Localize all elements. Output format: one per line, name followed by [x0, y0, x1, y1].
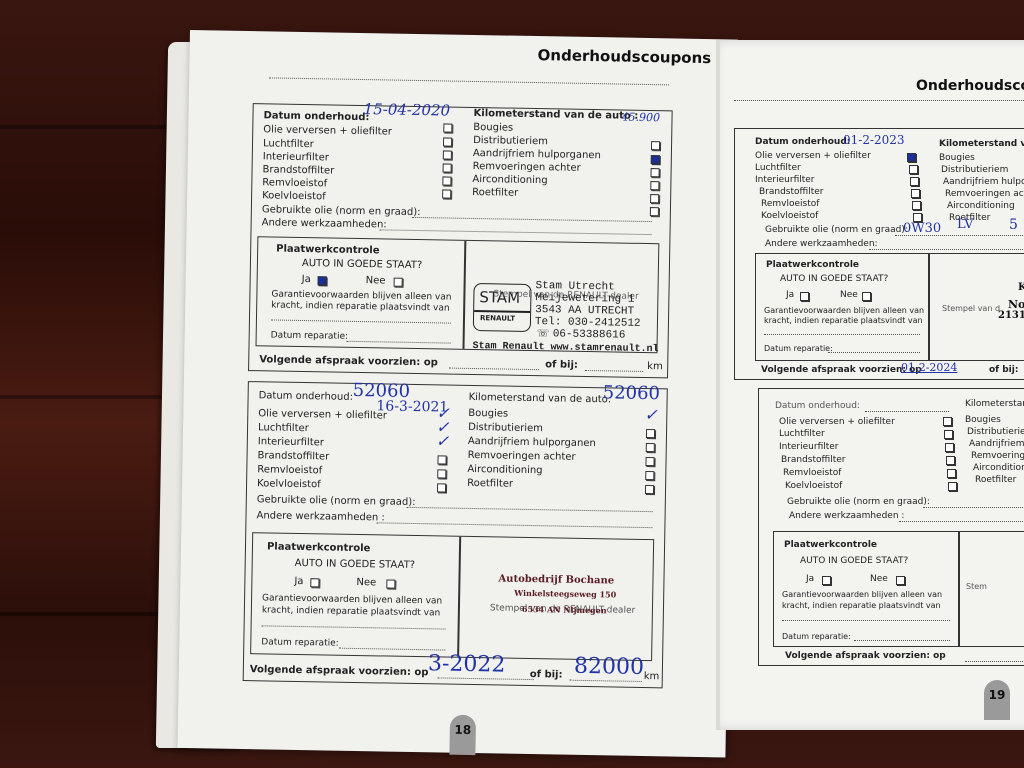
- item-label: Remvoeringen achter: [473, 161, 581, 174]
- item-label: Roetfilter: [472, 187, 518, 199]
- item-label: Distributieriem: [468, 422, 543, 434]
- body-check-question: AUTO IN GOEDE STAAT?: [295, 558, 416, 571]
- oil-label: Gebruikte olie (norm en graad):: [765, 225, 908, 235]
- km-label: Kilometerstand: [965, 399, 1024, 409]
- other-work-label: Andere werkzaamheden :: [256, 510, 384, 523]
- item-label: Luchtfilter: [263, 138, 314, 150]
- item-label: Luchtfilter: [779, 429, 825, 439]
- repair-date-label: Datum reparatie:: [261, 637, 339, 648]
- body-check-box: Plaatwerkcontrole AUTO IN GOEDE STAAT? J…: [250, 532, 654, 661]
- checkbox[interactable]: [645, 471, 654, 480]
- item-label: Bougies: [965, 415, 1001, 425]
- km-label: Kilometerstand van de auto :: [473, 108, 638, 122]
- item-label: Olie verversen + oliefilter: [263, 124, 392, 137]
- other-work-field[interactable]: [899, 521, 1024, 522]
- item-label: Koelvloeistof: [761, 211, 818, 221]
- no-checkbox[interactable]: [394, 278, 403, 287]
- checkbox[interactable]: [650, 181, 659, 190]
- body-check-question: AUTO IN GOEDE STAAT?: [800, 556, 908, 566]
- dealer-stamp-label: Stem: [966, 582, 987, 591]
- body-check-title: Plaatwerkcontrole: [766, 260, 859, 270]
- item-label: Distributieriem: [941, 165, 1008, 175]
- checkbox-checked[interactable]: [651, 155, 660, 164]
- date-label: Datum onderhoud:: [259, 390, 354, 403]
- checkbox[interactable]: [947, 469, 956, 478]
- checkbox[interactable]: [646, 443, 655, 452]
- warranty-text: kracht, indien reparatie plaatsvindt van: [271, 300, 450, 313]
- page-number: 18: [454, 723, 471, 737]
- no-label: Nee: [840, 290, 858, 300]
- date-label: Datum onderhoud:: [755, 137, 850, 147]
- date-value[interactable]: 01-2-2023: [843, 133, 905, 147]
- item-label: Bougies: [473, 122, 513, 134]
- item-label: Brandstoffilter: [759, 187, 824, 197]
- next-date-value[interactable]: 3-2022: [428, 651, 506, 677]
- no-checkbox[interactable]: [862, 292, 871, 301]
- yes-checkbox[interactable]: [310, 578, 319, 587]
- item-label: Aandrijfriem h: [969, 439, 1024, 449]
- checkbox[interactable]: [909, 165, 918, 174]
- item-label: Roetfilter: [975, 475, 1016, 485]
- item-label: Brandstoffilter: [262, 164, 334, 176]
- item-label: Remvoeringen achter: [945, 189, 1024, 199]
- oil-field[interactable]: [923, 507, 1024, 508]
- oil-label: Gebruikte olie (norm en graad):: [257, 494, 416, 508]
- checkbox[interactable]: [437, 455, 446, 464]
- yes-checkbox[interactable]: [822, 576, 831, 585]
- checkbox[interactable]: [645, 485, 654, 494]
- item-label: Koelvloeistof: [785, 481, 842, 491]
- item-label: Aandrijfriem hulporganen: [473, 148, 601, 161]
- item-label: Luchtfilter: [755, 163, 801, 173]
- oil-extra-2[interactable]: 5: [1009, 217, 1018, 233]
- stamp-line: Autobedrijf Bochane: [498, 573, 614, 586]
- item-label: Interieurfilter: [779, 442, 839, 452]
- warranty-text: Garantievoorwaarden blijven alleen van: [262, 593, 442, 606]
- no-label: Nee: [366, 275, 386, 286]
- divider: [462, 241, 465, 349]
- repair-date-field[interactable]: [347, 341, 451, 344]
- oil-field[interactable]: [407, 507, 653, 512]
- item-label: Airconditioni: [973, 463, 1024, 473]
- other-work-field[interactable]: [869, 249, 1024, 250]
- warranty-field[interactable]: [782, 620, 950, 621]
- item-label: Luchtfilter: [258, 422, 309, 434]
- divider: [457, 537, 461, 657]
- item-label: Brandstoffilter: [257, 450, 329, 462]
- yes-label: Ja: [786, 290, 794, 300]
- next-date-field[interactable]: [449, 368, 539, 371]
- warranty-field[interactable]: [262, 625, 446, 629]
- km-value[interactable]: 52060: [603, 382, 661, 404]
- next-km-field[interactable]: [585, 370, 643, 372]
- item-label: Olie verversen + oliefilter: [779, 417, 895, 427]
- date-label: Datum onderhoud:: [263, 110, 369, 123]
- km-unit: km: [647, 361, 663, 372]
- checkbox[interactable]: [651, 168, 660, 177]
- page-number-tab: 19: [984, 680, 1010, 720]
- yes-label: Ja: [294, 576, 303, 587]
- item-label: Distributieriem: [967, 427, 1024, 437]
- item-label: Remvoeringen achter: [468, 450, 576, 463]
- no-checkbox[interactable]: [386, 580, 395, 589]
- checkbox[interactable]: [948, 482, 957, 491]
- checkbox[interactable]: [946, 456, 955, 465]
- next-km-value[interactable]: 82000: [574, 654, 644, 680]
- next-date-value[interactable]: 01-2-2024: [901, 361, 957, 374]
- next-date-field[interactable]: [965, 661, 1024, 662]
- checkbox[interactable]: [443, 150, 452, 159]
- title-rule: [269, 77, 669, 85]
- warranty-field[interactable]: [764, 334, 920, 335]
- divider: [928, 254, 930, 360]
- checkbox[interactable]: [650, 207, 659, 216]
- yes-checkbox-checked[interactable]: [318, 276, 327, 285]
- checkbox[interactable]: [443, 137, 452, 146]
- checkbox[interactable]: [645, 457, 654, 466]
- or-at-label: of bij:: [545, 359, 578, 371]
- next-km-field[interactable]: [570, 680, 642, 682]
- next-appointment-label: Volgende afspraak voorzien: op: [259, 354, 438, 368]
- stamp-line: 06-53388616: [553, 328, 626, 341]
- item-label: Remvloeistof: [761, 199, 819, 209]
- item-label: Distributieriem: [473, 135, 548, 147]
- km-label: Kilometerstand van de auto:: [469, 392, 612, 405]
- oil-value[interactable]: 0W30: [903, 221, 941, 236]
- coupon-4: Datum onderhoud: Kilometerstand Olie ver…: [758, 388, 1024, 666]
- checkbox[interactable]: [912, 201, 921, 210]
- date-label: Datum onderhoud:: [775, 401, 860, 411]
- repair-date-field[interactable]: [339, 648, 445, 651]
- body-check-box: Plaatwerkcontrole AUTO IN GOEDE STAAT? J…: [255, 236, 659, 353]
- warranty-field[interactable]: [271, 319, 451, 323]
- page-title: Onderhoudscoupons: [916, 78, 1024, 94]
- coupon-3: Datum onderhoud: 01-2-2023 Kilometerstan…: [734, 128, 1024, 380]
- body-check-title: Plaatwerkcontrole: [276, 244, 380, 257]
- item-label: Remvloeistof: [783, 468, 841, 478]
- repair-date-label: Datum reparatie:: [271, 330, 349, 341]
- warranty-text: kracht, indien reparatie plaatsvindt van: [764, 316, 923, 325]
- checkbox[interactable]: [437, 469, 446, 478]
- next-appointment-label: Volgende afspraak voorzien: op: [761, 365, 922, 375]
- next-appointment-label: Volgende afspraak voorzien: op: [785, 651, 946, 661]
- stamp-line: Tel: 030-2412512: [535, 316, 641, 330]
- item-label: Interieurfilter: [755, 175, 815, 185]
- other-work-field[interactable]: [376, 522, 652, 528]
- checkbox[interactable]: [442, 189, 451, 198]
- no-label: Nee: [356, 577, 376, 588]
- item-label: Olie verversen + oliefilter: [755, 151, 871, 161]
- checkbox[interactable]: [944, 430, 953, 439]
- other-work-label: Andere werkzaamheden:: [765, 239, 878, 249]
- item-label: Koelvloeistof: [257, 478, 321, 490]
- item-label: Airconditioning: [467, 464, 542, 476]
- stamp-line: 2131 A: [998, 310, 1024, 321]
- whatsapp-icon: ☏: [537, 328, 550, 340]
- item-label: Interieurfilter: [263, 151, 329, 163]
- coupon-1: Datum onderhoud: 15-04-2020 Kilometersta…: [248, 103, 673, 378]
- other-work-field[interactable]: [380, 229, 652, 235]
- warranty-text: kracht, indien reparatie plaatsvindt van: [782, 601, 941, 610]
- body-check-title: Plaatwerkcontrole: [784, 540, 877, 550]
- item-label: Remvoeringen: [971, 451, 1024, 461]
- item-label: Bougies: [468, 408, 508, 420]
- checkbox[interactable]: [437, 483, 446, 492]
- checkbox[interactable]: [442, 176, 451, 185]
- body-check-box: Plaatwerkcontrole AUTO IN GOEDE STAAT? J…: [755, 253, 1024, 361]
- body-check-question: AUTO IN GOEDE STAAT?: [302, 258, 423, 271]
- checkbox[interactable]: [911, 189, 920, 198]
- stamp-footer: Stam Renault www.stamrenault.nl: [472, 341, 658, 355]
- km-label: Kilometerstand van de: [939, 139, 1024, 149]
- oil-label: Gebruikte olie (norm en graad):: [262, 204, 421, 218]
- no-checkbox[interactable]: [896, 576, 905, 585]
- oil-field[interactable]: [412, 217, 652, 222]
- km-unit: km: [644, 671, 660, 682]
- item-label: Airconditioning: [472, 174, 547, 186]
- item-label: Brandstoffilter: [781, 455, 846, 465]
- warranty-text: Garantievoorwaarden blijven alleen van: [782, 590, 942, 599]
- title-rule: [734, 100, 1024, 101]
- warranty-text: kracht, indien reparatie plaatsvindt van: [262, 605, 441, 618]
- km-value[interactable]: 45.900: [621, 111, 660, 125]
- or-at-label: of bij:: [530, 669, 563, 681]
- item-label: Olie verversen + oliefilter: [258, 408, 387, 421]
- stamp-line: K: [1018, 282, 1024, 293]
- yes-checkbox[interactable]: [800, 292, 809, 301]
- coupon-2: Datum onderhoud: 52060 16-3-2021 Kilomet…: [243, 381, 668, 688]
- other-work-label: Andere werkzaamheden :: [789, 511, 904, 521]
- checkbox[interactable]: [945, 443, 954, 452]
- oil-extra[interactable]: LV: [957, 217, 973, 232]
- checkbox[interactable]: [650, 194, 659, 203]
- checkbox[interactable]: [646, 429, 655, 438]
- oil-label: Gebruikte olie (norm en graad):: [787, 497, 930, 507]
- item-label: Interieurfilter: [258, 436, 324, 448]
- divider: [958, 532, 960, 646]
- stamp-line: 6534 AN Nijmegen: [522, 604, 607, 615]
- checkbox[interactable]: [910, 177, 919, 186]
- body-check-question: AUTO IN GOEDE STAAT?: [780, 274, 888, 284]
- next-appointment-label: Volgende afspraak voorzien: op: [250, 664, 429, 678]
- body-check-box: Plaatwerkcontrole AUTO IN GOEDE STAAT? J…: [773, 531, 1024, 647]
- page-title: Onderhoudscoupons: [537, 46, 711, 67]
- item-label: Remvloeistof: [262, 177, 327, 189]
- dealer-stamp-label: Stempel van d: [942, 304, 1000, 313]
- item-label: Airconditioning: [947, 201, 1015, 211]
- yes-label: Ja: [806, 574, 814, 584]
- page-number: 19: [989, 688, 1006, 702]
- body-check-title: Plaatwerkcontrole: [267, 541, 371, 554]
- repair-date-field[interactable]: [854, 640, 950, 641]
- checkbox-checked[interactable]: [907, 153, 916, 162]
- repair-date-label: Datum reparatie:: [764, 344, 833, 353]
- checkbox[interactable]: [443, 123, 452, 132]
- repair-date-field[interactable]: [828, 352, 920, 353]
- warranty-text: Garantievoorwaarden blijven alleen van: [764, 306, 924, 315]
- date-value[interactable]: 15-04-2020: [363, 100, 450, 120]
- stamp-line: Winkelsteegseweg 150: [514, 588, 616, 600]
- page-19: Onderhoudscoupons Datum onderhoud: 01-2-…: [720, 40, 1024, 730]
- logo-bottom: RENAULT: [480, 314, 515, 323]
- no-label: Nee: [870, 574, 888, 584]
- yes-label: Ja: [302, 274, 311, 285]
- item-label: Aandrijfriem hulporganen: [943, 177, 1024, 187]
- next-date-field[interactable]: [438, 677, 534, 680]
- other-work-label: Andere werkzaamheden:: [262, 217, 387, 230]
- item-label: Aandrijfriem hulporganen: [468, 436, 596, 449]
- page-18: Onderhoudscoupons Datum onderhoud: 15-04…: [177, 30, 737, 757]
- repair-date-label: Datum reparatie:: [782, 632, 851, 641]
- item-label: Bougies: [939, 153, 975, 163]
- checkbox[interactable]: [443, 163, 452, 172]
- or-at-label: of bij:: [989, 365, 1018, 375]
- checkmark-icon[interactable]: ✓: [644, 405, 658, 424]
- checkbox[interactable]: [943, 417, 952, 426]
- page-number-tab: 18: [449, 715, 476, 755]
- item-label: Remvloeistof: [257, 464, 322, 476]
- item-label: Roetfilter: [467, 478, 513, 490]
- item-label: Koelvloeistof: [262, 190, 326, 202]
- checkbox[interactable]: [651, 141, 660, 150]
- date-field[interactable]: [865, 411, 949, 412]
- checkmark-icon[interactable]: ✓: [436, 431, 450, 450]
